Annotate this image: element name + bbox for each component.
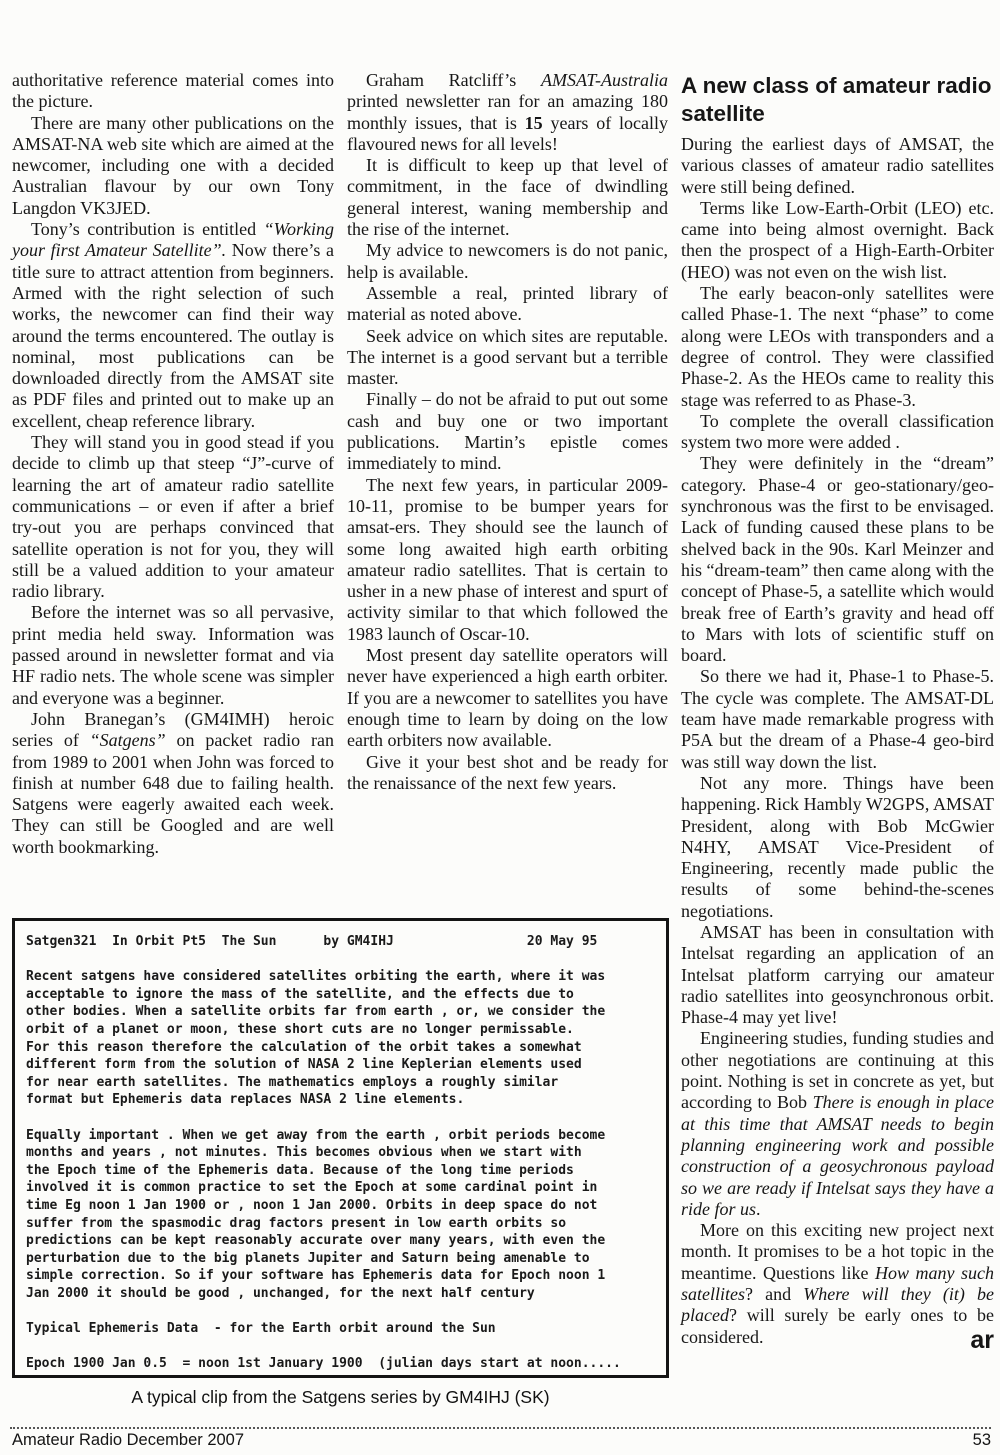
end-of-article-mark: ar [951,1330,994,1350]
text-run: So there we had it, Phase-1 to Phase-5. … [681,666,994,771]
body-paragraph: During the earliest days of AMSAT, the v… [681,134,994,198]
text-run: Not any more. Things have been happening… [681,773,994,921]
text-run: Terms like Low-Earth-Orbit (LEO) etc. ca… [681,198,994,282]
column-3: A new class of amateur radio satellite D… [681,70,994,1350]
text-run: Assemble a real, printed library of mate… [347,283,668,324]
body-paragraph: It is difficult to keep up that level of… [347,155,668,240]
text-run: It is difficult to keep up that level of… [347,155,668,239]
body-paragraph: Finally – do not be afraid to put out so… [347,389,668,474]
body-paragraph: Tony’s contribution is entitled “Working… [12,219,334,432]
section-heading: A new class of amateur radio satellite [681,72,994,127]
body-paragraph: Not any more. Things have been happening… [681,773,994,922]
text-run: To complete the overall classification s… [681,411,994,452]
column-2: Graham Ratcliff’s AMSAT-Australia printe… [347,70,668,794]
column-3-body: During the earliest days of AMSAT, the v… [681,134,994,1348]
text-run: ? and [745,1284,803,1304]
text-run: AMSAT has been in consultation with Inte… [681,922,994,1027]
body-paragraph: Most present day satellite operators wil… [347,645,668,751]
body-paragraph: Graham Ratcliff’s AMSAT-Australia printe… [347,70,668,155]
text-run: Graham Ratcliff’s [366,70,541,90]
body-paragraph: Seek advice on which sites are reputable… [347,326,668,390]
body-paragraph: There are many other publications on the… [12,113,334,219]
box-caption: A typical clip from the Satgens series b… [12,1387,669,1408]
column-1: authoritative reference material comes i… [12,70,334,858]
body-paragraph: authoritative reference material comes i… [12,70,334,113]
text-run: . [756,1199,761,1219]
body-paragraph: Give it your best shot and be ready for … [347,752,668,795]
footer-title: Amateur Radio December 2007 [12,1431,244,1450]
text-run: During the earliest days of AMSAT, the v… [681,134,994,197]
body-paragraph: My advice to newcomers is do not panic, … [347,240,668,283]
text-run: They will stand you in good stead if you… [12,432,334,601]
body-paragraph: To complete the overall classification s… [681,411,994,454]
text-run: authoritative reference material comes i… [12,70,334,111]
body-paragraph: So there we had it, Phase-1 to Phase-5. … [681,666,994,772]
text-run: The early beacon-only satellites were ca… [681,283,994,409]
body-paragraph: The early beacon-only satellites were ca… [681,283,994,411]
text-run: AMSAT-Australia [541,70,668,90]
body-paragraph: John Branegan’s (GM4IMH) heroic series o… [12,709,334,858]
body-paragraph: More on this exciting new project next m… [681,1220,994,1348]
footer: Amateur Radio December 2007 53 [12,1431,991,1450]
text-run: Finally – do not be afraid to put out so… [347,389,668,473]
body-paragraph: They will stand you in good stead if you… [12,432,334,602]
body-paragraph: They were definitely in the “dream” cate… [681,453,994,666]
text-run: Give it your best shot and be ready for … [347,752,668,793]
text-run: 15 [525,113,543,133]
body-paragraph: Engineering studies, funding studies and… [681,1028,994,1220]
text-run: There are many other publications on the… [12,113,334,218]
satgens-clip-text: Satgen321 In Orbit Pt5 The Sun by GM4IHJ… [26,933,655,1373]
page-number: 53 [973,1431,991,1450]
text-run: “Satgens” [90,730,166,750]
body-paragraph: Assemble a real, printed library of mate… [347,283,668,326]
body-paragraph: Before the internet was so all pervasive… [12,602,334,708]
text-run: Tony’s contribution is entitled [31,219,264,239]
text-run: Before the internet was so all pervasive… [12,602,334,707]
text-run: The next few years, in particular 2009-1… [347,475,668,644]
body-paragraph: Terms like Low-Earth-Orbit (LEO) etc. ca… [681,198,994,283]
text-run: Seek advice on which sites are reputable… [347,326,668,389]
text-run: They were definitely in the “dream” cate… [681,453,994,665]
text-run: My advice to newcomers is do not panic, … [347,240,668,281]
body-paragraph: The next few years, in particular 2009-1… [347,475,668,645]
footer-rule [10,1427,991,1429]
text-run: Now there’s a title sure to attract atte… [12,240,334,430]
magazine-page: authoritative reference material comes i… [0,0,1000,1455]
text-run: Most present day satellite operators wil… [347,645,668,750]
body-paragraph: AMSAT has been in consultation with Inte… [681,922,994,1028]
satgens-box: Satgen321 In Orbit Pt5 The Sun by GM4IHJ… [12,918,669,1378]
